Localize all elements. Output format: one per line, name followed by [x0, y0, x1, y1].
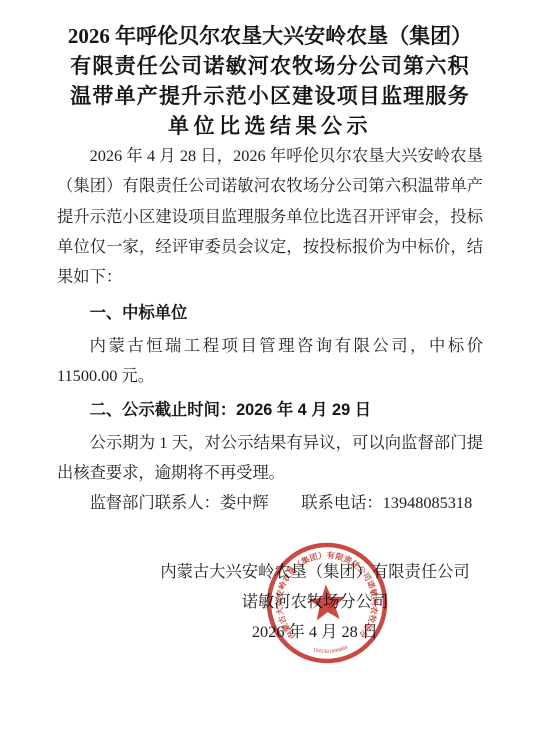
- section-2-heading: 二、公示截止时间：2026 年 4 月 29 日: [57, 395, 483, 425]
- title-line-1: 2026 年呼伦贝尔农垦大兴安岭农垦（集团）: [57, 21, 483, 51]
- section-1-heading: 一、中标单位: [57, 298, 483, 328]
- title-line-2: 有限责任公司诺敏河农牧场分公司第六积: [57, 51, 483, 81]
- contact-line: 监督部门联系人：娄中辉 联系电话：13948085318: [57, 488, 483, 518]
- signature-date: 2026 年 4 月 28 日: [155, 617, 475, 647]
- document-body: 2026 年 4 月 28 日，2026 年呼伦贝尔农垦大兴安岭农垦（集团）有限…: [57, 141, 483, 519]
- signature-branch: 诺敏河农牧场分公司: [155, 587, 475, 617]
- signature-block: 内蒙古大兴安岭农垦（集团）有限责任公司 诺敏河农牧场分公司 2026 年 4 月…: [155, 557, 475, 648]
- document-page: 2026 年呼伦贝尔农垦大兴安岭农垦（集团） 有限责任公司诺敏河农牧场分公司第六…: [0, 0, 540, 748]
- objection-paragraph: 公示期为 1 天，对公示结果有异议，可以向监督部门提出核查要求，逾期将不再受理。: [57, 428, 483, 489]
- document-title: 2026 年呼伦贝尔农垦大兴安岭农垦（集团） 有限责任公司诺敏河农牧场分公司第六…: [57, 21, 483, 141]
- intro-paragraph: 2026 年 4 月 28 日，2026 年呼伦贝尔农垦大兴安岭农垦（集团）有限…: [57, 141, 483, 292]
- signature-company: 内蒙古大兴安岭农垦（集团）有限责任公司: [155, 557, 475, 587]
- title-line-3: 温带单产提升示范小区建设项目监理服务: [57, 81, 483, 111]
- title-line-4: 单位比选结果公示: [57, 111, 483, 141]
- winner-paragraph: 内蒙古恒瑞工程项目管理咨询有限公司，中标价 11500.00 元。: [57, 331, 483, 392]
